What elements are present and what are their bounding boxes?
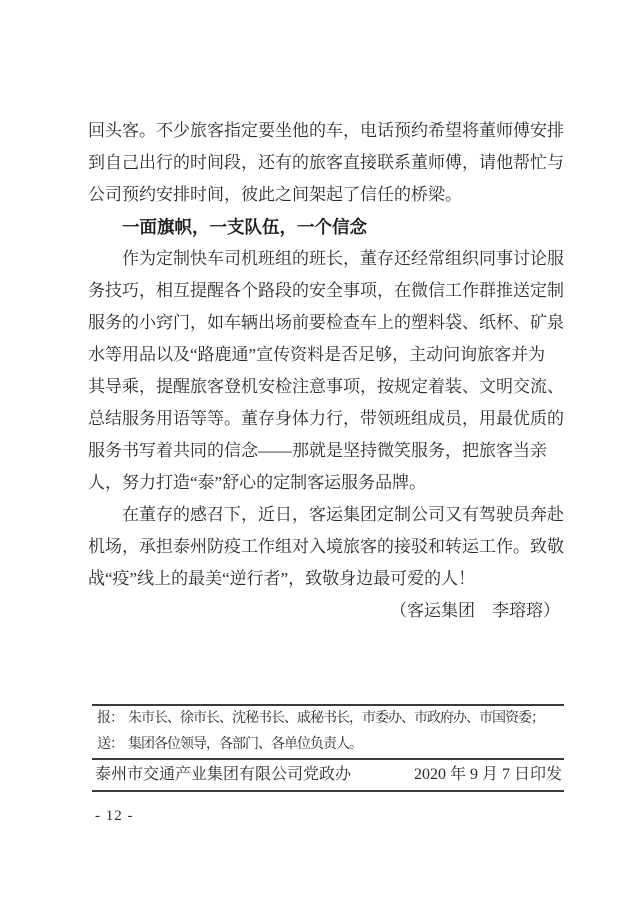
- page-number: - 12 -: [95, 806, 134, 826]
- paragraph-line: 总结服务用语等等。董存身体力行，带领班组成员，用最优质的: [88, 403, 562, 435]
- paragraph-line: 公司预约安排时间，彼此之间架起了信任的桥梁。: [88, 179, 562, 211]
- send-label: 送：: [97, 732, 123, 758]
- paragraph-line: 人，努力打造“泰”舒心的定制客运服务品牌。: [88, 467, 562, 499]
- signature: （客运集团 李瑢瑢）: [88, 595, 562, 627]
- report-label: 报：: [97, 706, 123, 732]
- document-page: 回头客。不少旅客指定要坐他的车，电话预约希望将董师傅安排 到自己出行的时间段，还…: [0, 0, 636, 900]
- paragraph-line: 服务的小窍门，如车辆出场前要检查车上的塑料袋、纸杯、矿泉: [88, 307, 562, 339]
- issuing-office: 泰州市交通产业集团有限公司党政办: [95, 760, 351, 790]
- report-recipients: 朱市长、徐市长、沈秘书长、戚秘书长，市委办、市政府办、市国资委；: [128, 706, 544, 732]
- divider: [92, 790, 564, 792]
- paragraph-line: 作为定制快车司机班组的班长，董存还经常组织同事讨论服: [88, 243, 562, 275]
- paragraph-line: 在董存的感召下，近日，客运集团定制公司又有驾驶员奔赴: [88, 499, 562, 531]
- send-recipients: 集团各位领导，各部门、各单位负责人。: [128, 732, 362, 758]
- paragraph-line: 其导乘，提醒旅客登机安检注意事项，按规定着装、文明交流、: [88, 371, 562, 403]
- paragraph-line: 务技巧，相互提醒各个路段的安全事项，在微信工作群推送定制: [88, 275, 562, 307]
- report-to-row: 报： 朱市长、徐市长、沈秘书长、戚秘书长，市委办、市政府办、市国资委；: [92, 706, 564, 732]
- paragraph-line: 机场，承担泰州防疫工作组对入境旅客的接驳和转运工作。致敬: [88, 531, 562, 563]
- paragraph-line: 回头客。不少旅客指定要坐他的车，电话预约希望将董师傅安排: [88, 115, 562, 147]
- paragraph-line: 到自己出行的时间段，还有的旅客直接联系董师傅，请他帮忙与: [88, 147, 562, 179]
- paragraph-line: 服务书写着共同的信念——那就是坚持微笑服务，把旅客当亲: [88, 435, 562, 467]
- paragraph-line: 水等用品以及“路鹿通”宣传资料是否足够，主动问询旅客并为: [88, 339, 562, 371]
- section-heading: 一面旗帜，一支队伍，一个信念: [88, 211, 562, 243]
- document-footer: 报： 朱市长、徐市长、沈秘书长、戚秘书长，市委办、市政府办、市国资委； 送： 集…: [92, 704, 564, 792]
- issue-row: 泰州市交通产业集团有限公司党政办 2020 年 9 月 7 日印发: [92, 760, 564, 790]
- send-to-row: 送： 集团各位领导，各部门、各单位负责人。: [92, 732, 564, 758]
- print-date: 2020 年 9 月 7 日印发: [414, 760, 562, 790]
- paragraph-line: 战“疫”线上的最美“逆行者”，致敬身边最可爱的人！: [88, 563, 562, 595]
- document-body: 回头客。不少旅客指定要坐他的车，电话预约希望将董师傅安排 到自己出行的时间段，还…: [88, 115, 562, 627]
